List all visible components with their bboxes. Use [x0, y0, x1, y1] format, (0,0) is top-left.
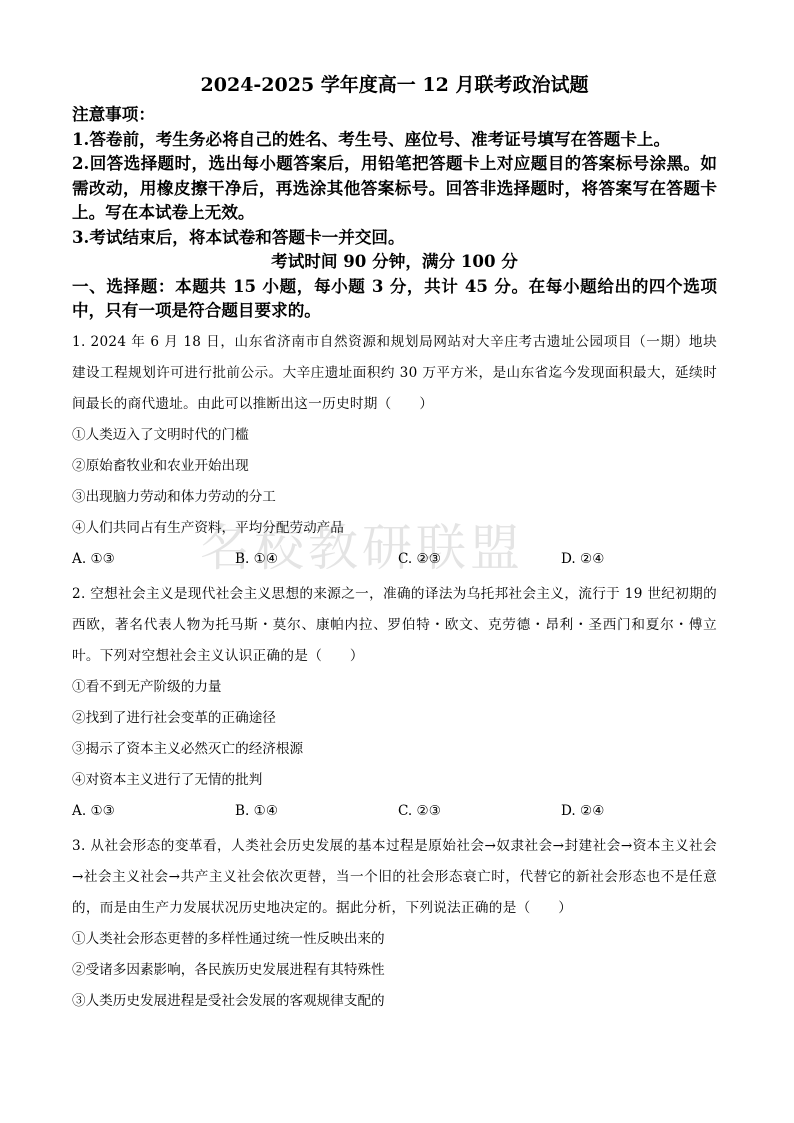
statement-1: ①看不到无产阶级的力量 — [72, 672, 717, 703]
question-stem: 1. 2024 年 6 月 18 日，山东省济南市自然资源和规划局网站对大辛庄考… — [72, 327, 717, 420]
choice-a: A. ①③ — [72, 544, 235, 575]
section-heading: 一、选择题：本题共 15 小题，每小题 3 分，共计 45 分。在每小题给出的四… — [72, 274, 717, 323]
notice-item-2: 2.回答选择题时，选出每小题答案后，用铅笔把答题卡上对应题目的答案标号涂黑。如需… — [72, 151, 717, 225]
choice-a: A. ①③ — [72, 796, 235, 827]
statement-3: ③揭示了资本主义必然灭亡的经济根源 — [72, 734, 717, 765]
statement-1: ①人类迈入了文明时代的门槛 — [72, 420, 717, 451]
notice-section: 注意事项： 1.答卷前，考生务必将自己的姓名、考生号、座位号、准考证号填写在答题… — [72, 102, 717, 249]
answer-choices: A. ①③ B. ①④ C. ②③ D. ②④ — [72, 796, 717, 827]
exam-title: 2024-2025 学年度高一 12 月联考政治试题 — [72, 70, 717, 100]
question-stem: 3. 从社会形态的变革看，人类社会历史发展的基本过程是原始社会→奴隶社会→封建社… — [72, 831, 717, 924]
choice-b: B. ①④ — [235, 544, 398, 575]
notice-item-1: 1.答卷前，考生务必将自己的姓名、考生号、座位号、准考证号填写在答题卡上。 — [72, 127, 717, 152]
statement-4: ④对资本主义进行了无情的批判 — [72, 765, 717, 796]
question-stem: 2. 空想社会主义是现代社会主义思想的来源之一，准确的译法为乌托邦社会主义，流行… — [72, 579, 717, 672]
statement-2: ②原始畜牧业和农业开始出现 — [72, 451, 717, 482]
statement-2: ②找到了进行社会变革的正确途径 — [72, 703, 717, 734]
question-3: 3. 从社会形态的变革看，人类社会历史发展的基本过程是原始社会→奴隶社会→封建社… — [72, 831, 717, 1017]
statement-3: ③人类历史发展进程是受社会发展的客观规律支配的 — [72, 986, 717, 1017]
notice-item-3: 3.考试结束后，将本试卷和答题卡一并交回。 — [72, 225, 717, 250]
answer-choices: A. ①③ B. ①④ C. ②③ D. ②④ — [72, 544, 717, 575]
statement-1: ①人类社会形态更替的多样性通过统一性反映出来的 — [72, 924, 717, 955]
choice-b: B. ①④ — [235, 796, 398, 827]
choice-d: D. ②④ — [561, 544, 724, 575]
question-2: 2. 空想社会主义是现代社会主义思想的来源之一，准确的译法为乌托邦社会主义，流行… — [72, 579, 717, 827]
choice-c: C. ②③ — [398, 544, 561, 575]
question-1: 1. 2024 年 6 月 18 日，山东省济南市自然资源和规划局网站对大辛庄考… — [72, 327, 717, 575]
statement-2: ②受诸多因素影响，各民族历史发展进程有其特殊性 — [72, 955, 717, 986]
choice-c: C. ②③ — [398, 796, 561, 827]
statement-4: ④人们共同占有生产资料，平均分配劳动产品 — [72, 513, 717, 544]
choice-d: D. ②④ — [561, 796, 724, 827]
exam-info: 考试时间 90 分钟，满分 100 分 — [72, 249, 717, 274]
notice-heading: 注意事项： — [72, 102, 717, 127]
exam-page: 2024-2025 学年度高一 12 月联考政治试题 注意事项： 1.答卷前，考… — [72, 70, 717, 1017]
statement-3: ③出现脑力劳动和体力劳动的分工 — [72, 482, 717, 513]
